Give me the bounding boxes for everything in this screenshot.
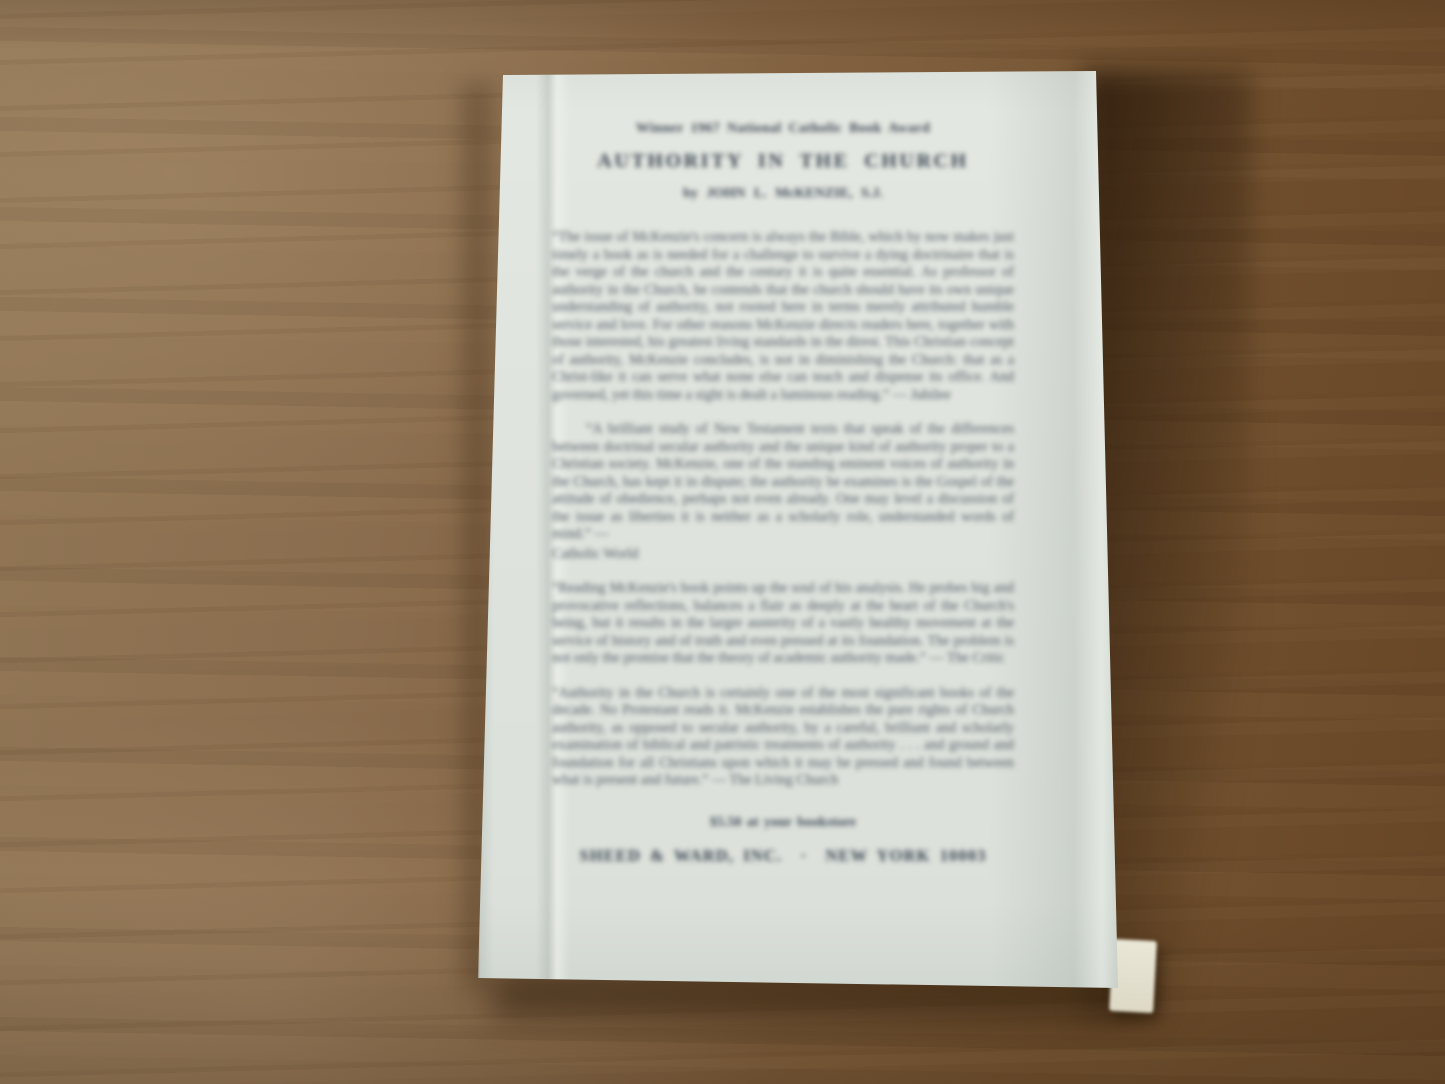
review-attribution: — Jubilee <box>893 387 951 403</box>
review-attribution: — The Critic <box>929 650 1004 666</box>
wood-table: Winner 1967 National Catholic Book Award… <box>0 0 1445 1084</box>
review-quotes: “The issue of McKenzie's concern is alwa… <box>552 229 1014 790</box>
review-paragraph: “Reading McKenzie's book points up the s… <box>552 580 1014 668</box>
publisher-line: SHEED & WARD, INC. · NEW YORK 10003 <box>552 846 1014 866</box>
review-paragraph: “A brilliant study of New Testament text… <box>552 421 1014 544</box>
review-text: “A brilliant study of New Testament text… <box>552 421 1014 542</box>
book-title: AUTHORITY IN THE CHURCH <box>552 149 1014 173</box>
dust-jacket-text: Winner 1967 National Catholic Book Award… <box>552 120 1014 866</box>
book-back-cover: Winner 1967 National Catholic Book Award… <box>478 66 1122 992</box>
price-line: $5.50 at your bookstore <box>552 814 1014 832</box>
review-text: “The issue of McKenzie's concern is alwa… <box>552 229 1014 403</box>
review-paragraph: “The issue of McKenzie's concern is alwa… <box>552 229 1014 404</box>
review-paragraph: “Authority in the Church is certainly on… <box>552 685 1014 790</box>
review-attribution: — The Living Church <box>712 772 838 788</box>
award-line: Winner 1967 National Catholic Book Award <box>552 120 1014 138</box>
review-attribution: Catholic World <box>552 546 1014 564</box>
book-byline: by JOHN L. McKENZIE, S.J. <box>552 185 1014 203</box>
